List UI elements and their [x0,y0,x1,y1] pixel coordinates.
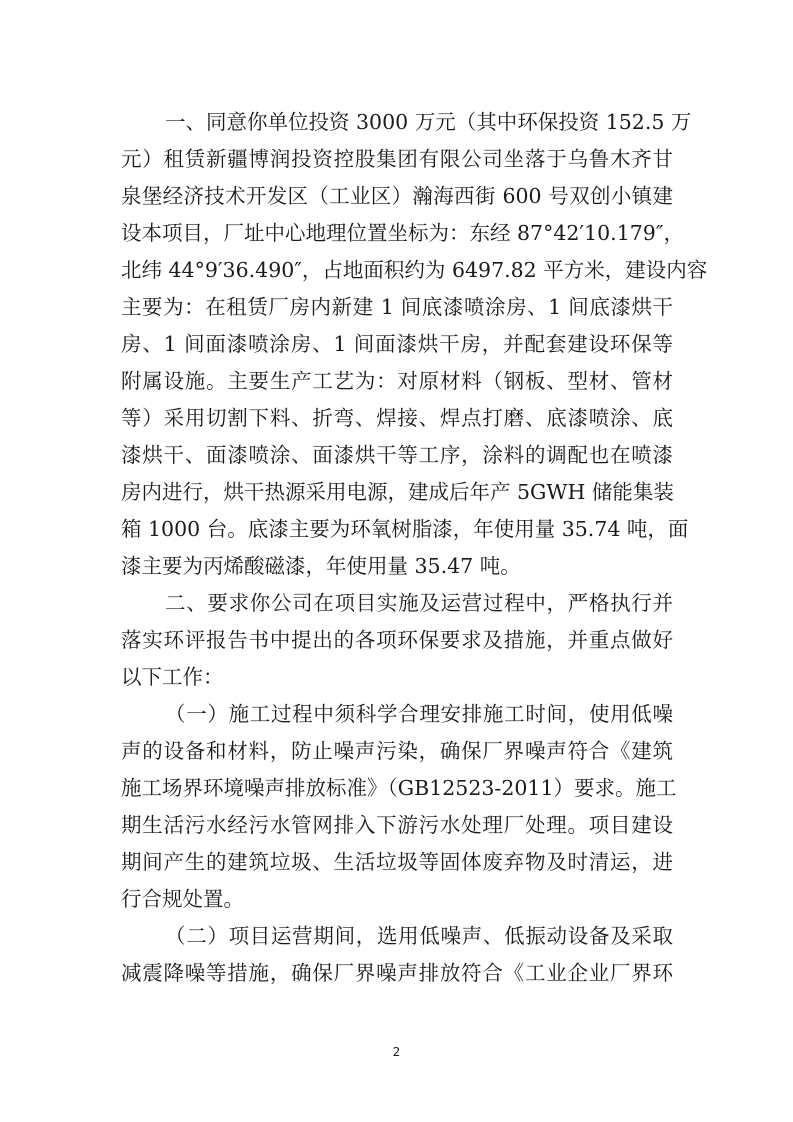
text-line: 一、同意你单位投资 3000 万元（其中环保投资 152.5 万 [121,104,673,141]
text-line: 二、要求你公司在项目实施及运营过程中，严格执行并 [121,585,673,622]
text-line: 行合规处置。 [121,881,673,918]
paragraph-2: 二、要求你公司在项目实施及运营过程中，严格执行并 落实环评报告书中提出的各项环保… [121,585,673,696]
text-line: 元）租赁新疆博润投资控股集团有限公司坐落于乌鲁木齐甘 [121,141,673,178]
text-line: 等）采用切割下料、折弯、焊接、焊点打磨、底漆喷涂、底 [121,400,673,437]
document-page: 一、同意你单位投资 3000 万元（其中环保投资 152.5 万 元）租赁新疆博… [0,0,793,1122]
paragraph-3: （一）施工过程中须科学合理安排施工时间，使用低噪 声的设备和材料，防止噪声污染，… [121,696,673,918]
text-line: （一）施工过程中须科学合理安排施工时间，使用低噪 [121,696,673,733]
document-body: 一、同意你单位投资 3000 万元（其中环保投资 152.5 万 元）租赁新疆博… [121,104,673,992]
text-line: 箱 1000 台。底漆主要为环氧树脂漆，年使用量 35.74 吨，面 [121,511,673,548]
text-line: 房内进行，烘干热源采用电源，建成后年产 5GWH 储能集装 [121,474,673,511]
text-line: 期生活污水经污水管网排入下游污水处理厂处理。项目建设 [121,807,673,844]
text-line: 漆主要为丙烯酸磁漆，年使用量 35.47 吨。 [121,548,673,585]
text-line: 附属设施。主要生产工艺为：对原材料（钢板、型材、管材 [121,363,673,400]
text-line: 主要为：在租赁厂房内新建 1 间底漆喷涂房、1 间底漆烘干 [121,289,673,326]
paragraph-4: （二）项目运营期间，选用低噪声、低振动设备及采取 减震降噪等措施，确保厂界噪声排… [121,918,673,992]
text-line: 施工场界环境噪声排放标准》（GB12523-2011）要求。施工 [121,770,673,807]
text-line: 以下工作： [121,659,673,696]
text-line: 北纬 44°9′36.490″，占地面积约为 6497.82 平方米，建设内容 [121,252,673,289]
text-line: 房、1 间面漆喷涂房、1 间面漆烘干房，并配套建设环保等 [121,326,673,363]
text-line: 落实环评报告书中提出的各项环保要求及措施，并重点做好 [121,622,673,659]
text-line: 声的设备和材料，防止噪声污染，确保厂界噪声符合《建筑 [121,733,673,770]
text-line: 减震降噪等措施，确保厂界噪声排放符合《工业企业厂界环 [121,955,673,992]
text-line: 漆烘干、面漆喷涂、面漆烘干等工序，涂料的调配也在喷漆 [121,437,673,474]
page-number: 2 [0,1045,793,1059]
text-line: 期间产生的建筑垃圾、生活垃圾等固体废弃物及时清运，进 [121,844,673,881]
text-line: 泉堡经济技术开发区（工业区）瀚海西街 600 号双创小镇建 [121,178,673,215]
paragraph-1: 一、同意你单位投资 3000 万元（其中环保投资 152.5 万 元）租赁新疆博… [121,104,673,585]
text-line: 设本项目，厂址中心地理位置坐标为：东经 87°42′10.179″， [121,215,673,252]
text-line: （二）项目运营期间，选用低噪声、低振动设备及采取 [121,918,673,955]
